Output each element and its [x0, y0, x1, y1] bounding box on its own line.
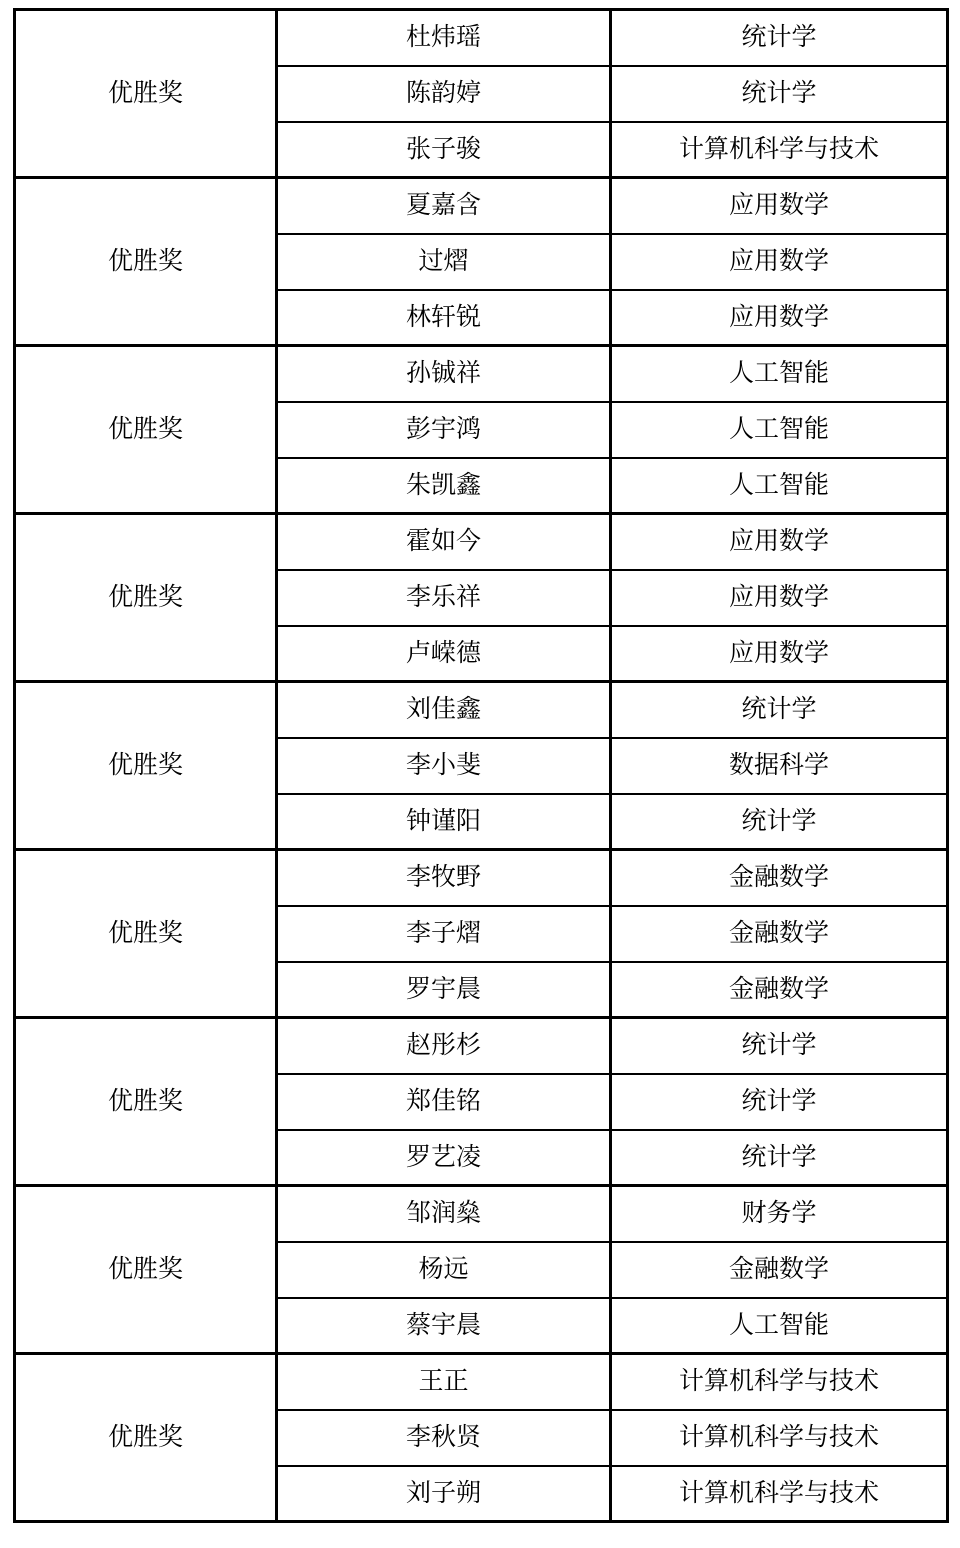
name-cell: 邹润燊	[277, 1186, 611, 1242]
table-row: 优胜奖 王正 计算机科学与技术	[15, 1354, 948, 1410]
name-cell: 杨远	[277, 1242, 611, 1298]
name-cell: 杜炜瑶	[277, 10, 611, 66]
table-row: 优胜奖 夏嘉含 应用数学	[15, 178, 948, 234]
major-cell: 金融数学	[611, 906, 948, 962]
award-cell: 优胜奖	[15, 1018, 277, 1186]
name-cell: 李牧野	[277, 850, 611, 906]
major-cell: 人工智能	[611, 458, 948, 514]
name-cell: 赵彤杉	[277, 1018, 611, 1074]
table-row: 优胜奖 李牧野 金融数学	[15, 850, 948, 906]
major-cell: 统计学	[611, 794, 948, 850]
name-cell: 夏嘉含	[277, 178, 611, 234]
award-cell: 优胜奖	[15, 1354, 277, 1522]
major-cell: 计算机科学与技术	[611, 1354, 948, 1410]
major-cell: 人工智能	[611, 346, 948, 402]
name-cell: 钟谨阳	[277, 794, 611, 850]
table-row: 优胜奖 霍如今 应用数学	[15, 514, 948, 570]
major-cell: 统计学	[611, 10, 948, 66]
name-cell: 卢嵘德	[277, 626, 611, 682]
name-cell: 彭宇鸿	[277, 402, 611, 458]
major-cell: 应用数学	[611, 290, 948, 346]
major-cell: 统计学	[611, 1018, 948, 1074]
major-cell: 统计学	[611, 66, 948, 122]
name-cell: 过熠	[277, 234, 611, 290]
award-cell: 优胜奖	[15, 514, 277, 682]
table-row: 优胜奖 杜炜瑶 统计学	[15, 10, 948, 66]
name-cell: 刘子朔	[277, 1466, 611, 1522]
award-cell: 优胜奖	[15, 178, 277, 346]
major-cell: 金融数学	[611, 962, 948, 1018]
major-cell: 金融数学	[611, 850, 948, 906]
award-winners-table: 优胜奖 杜炜瑶 统计学 陈韵婷 统计学 张子骏 计算机科学与技术 优胜奖 夏嘉含…	[13, 8, 949, 1523]
name-cell: 蔡宇晨	[277, 1298, 611, 1354]
award-cell: 优胜奖	[15, 10, 277, 178]
name-cell: 李乐祥	[277, 570, 611, 626]
major-cell: 计算机科学与技术	[611, 1466, 948, 1522]
award-table-body: 优胜奖 杜炜瑶 统计学 陈韵婷 统计学 张子骏 计算机科学与技术 优胜奖 夏嘉含…	[15, 10, 948, 1522]
major-cell: 金融数学	[611, 1242, 948, 1298]
name-cell: 霍如今	[277, 514, 611, 570]
major-cell: 应用数学	[611, 570, 948, 626]
name-cell: 郑佳铭	[277, 1074, 611, 1130]
award-cell: 优胜奖	[15, 682, 277, 850]
name-cell: 刘佳鑫	[277, 682, 611, 738]
name-cell: 陈韵婷	[277, 66, 611, 122]
award-cell: 优胜奖	[15, 346, 277, 514]
name-cell: 李子熠	[277, 906, 611, 962]
major-cell: 应用数学	[611, 178, 948, 234]
name-cell: 罗艺凌	[277, 1130, 611, 1186]
name-cell: 张子骏	[277, 122, 611, 178]
document-page: 优胜奖 杜炜瑶 统计学 陈韵婷 统计学 张子骏 计算机科学与技术 优胜奖 夏嘉含…	[0, 0, 960, 1548]
name-cell: 李小斐	[277, 738, 611, 794]
major-cell: 统计学	[611, 682, 948, 738]
table-row: 优胜奖 赵彤杉 统计学	[15, 1018, 948, 1074]
name-cell: 李秋贤	[277, 1410, 611, 1466]
major-cell: 计算机科学与技术	[611, 122, 948, 178]
table-row: 优胜奖 刘佳鑫 统计学	[15, 682, 948, 738]
name-cell: 孙铖祥	[277, 346, 611, 402]
major-cell: 应用数学	[611, 234, 948, 290]
major-cell: 人工智能	[611, 402, 948, 458]
major-cell: 人工智能	[611, 1298, 948, 1354]
major-cell: 财务学	[611, 1186, 948, 1242]
major-cell: 数据科学	[611, 738, 948, 794]
name-cell: 朱凯鑫	[277, 458, 611, 514]
name-cell: 林轩锐	[277, 290, 611, 346]
major-cell: 统计学	[611, 1130, 948, 1186]
name-cell: 王正	[277, 1354, 611, 1410]
major-cell: 统计学	[611, 1074, 948, 1130]
award-cell: 优胜奖	[15, 1186, 277, 1354]
table-row: 优胜奖 邹润燊 财务学	[15, 1186, 948, 1242]
table-row: 优胜奖 孙铖祥 人工智能	[15, 346, 948, 402]
major-cell: 应用数学	[611, 626, 948, 682]
major-cell: 计算机科学与技术	[611, 1410, 948, 1466]
name-cell: 罗宇晨	[277, 962, 611, 1018]
award-cell: 优胜奖	[15, 850, 277, 1018]
major-cell: 应用数学	[611, 514, 948, 570]
